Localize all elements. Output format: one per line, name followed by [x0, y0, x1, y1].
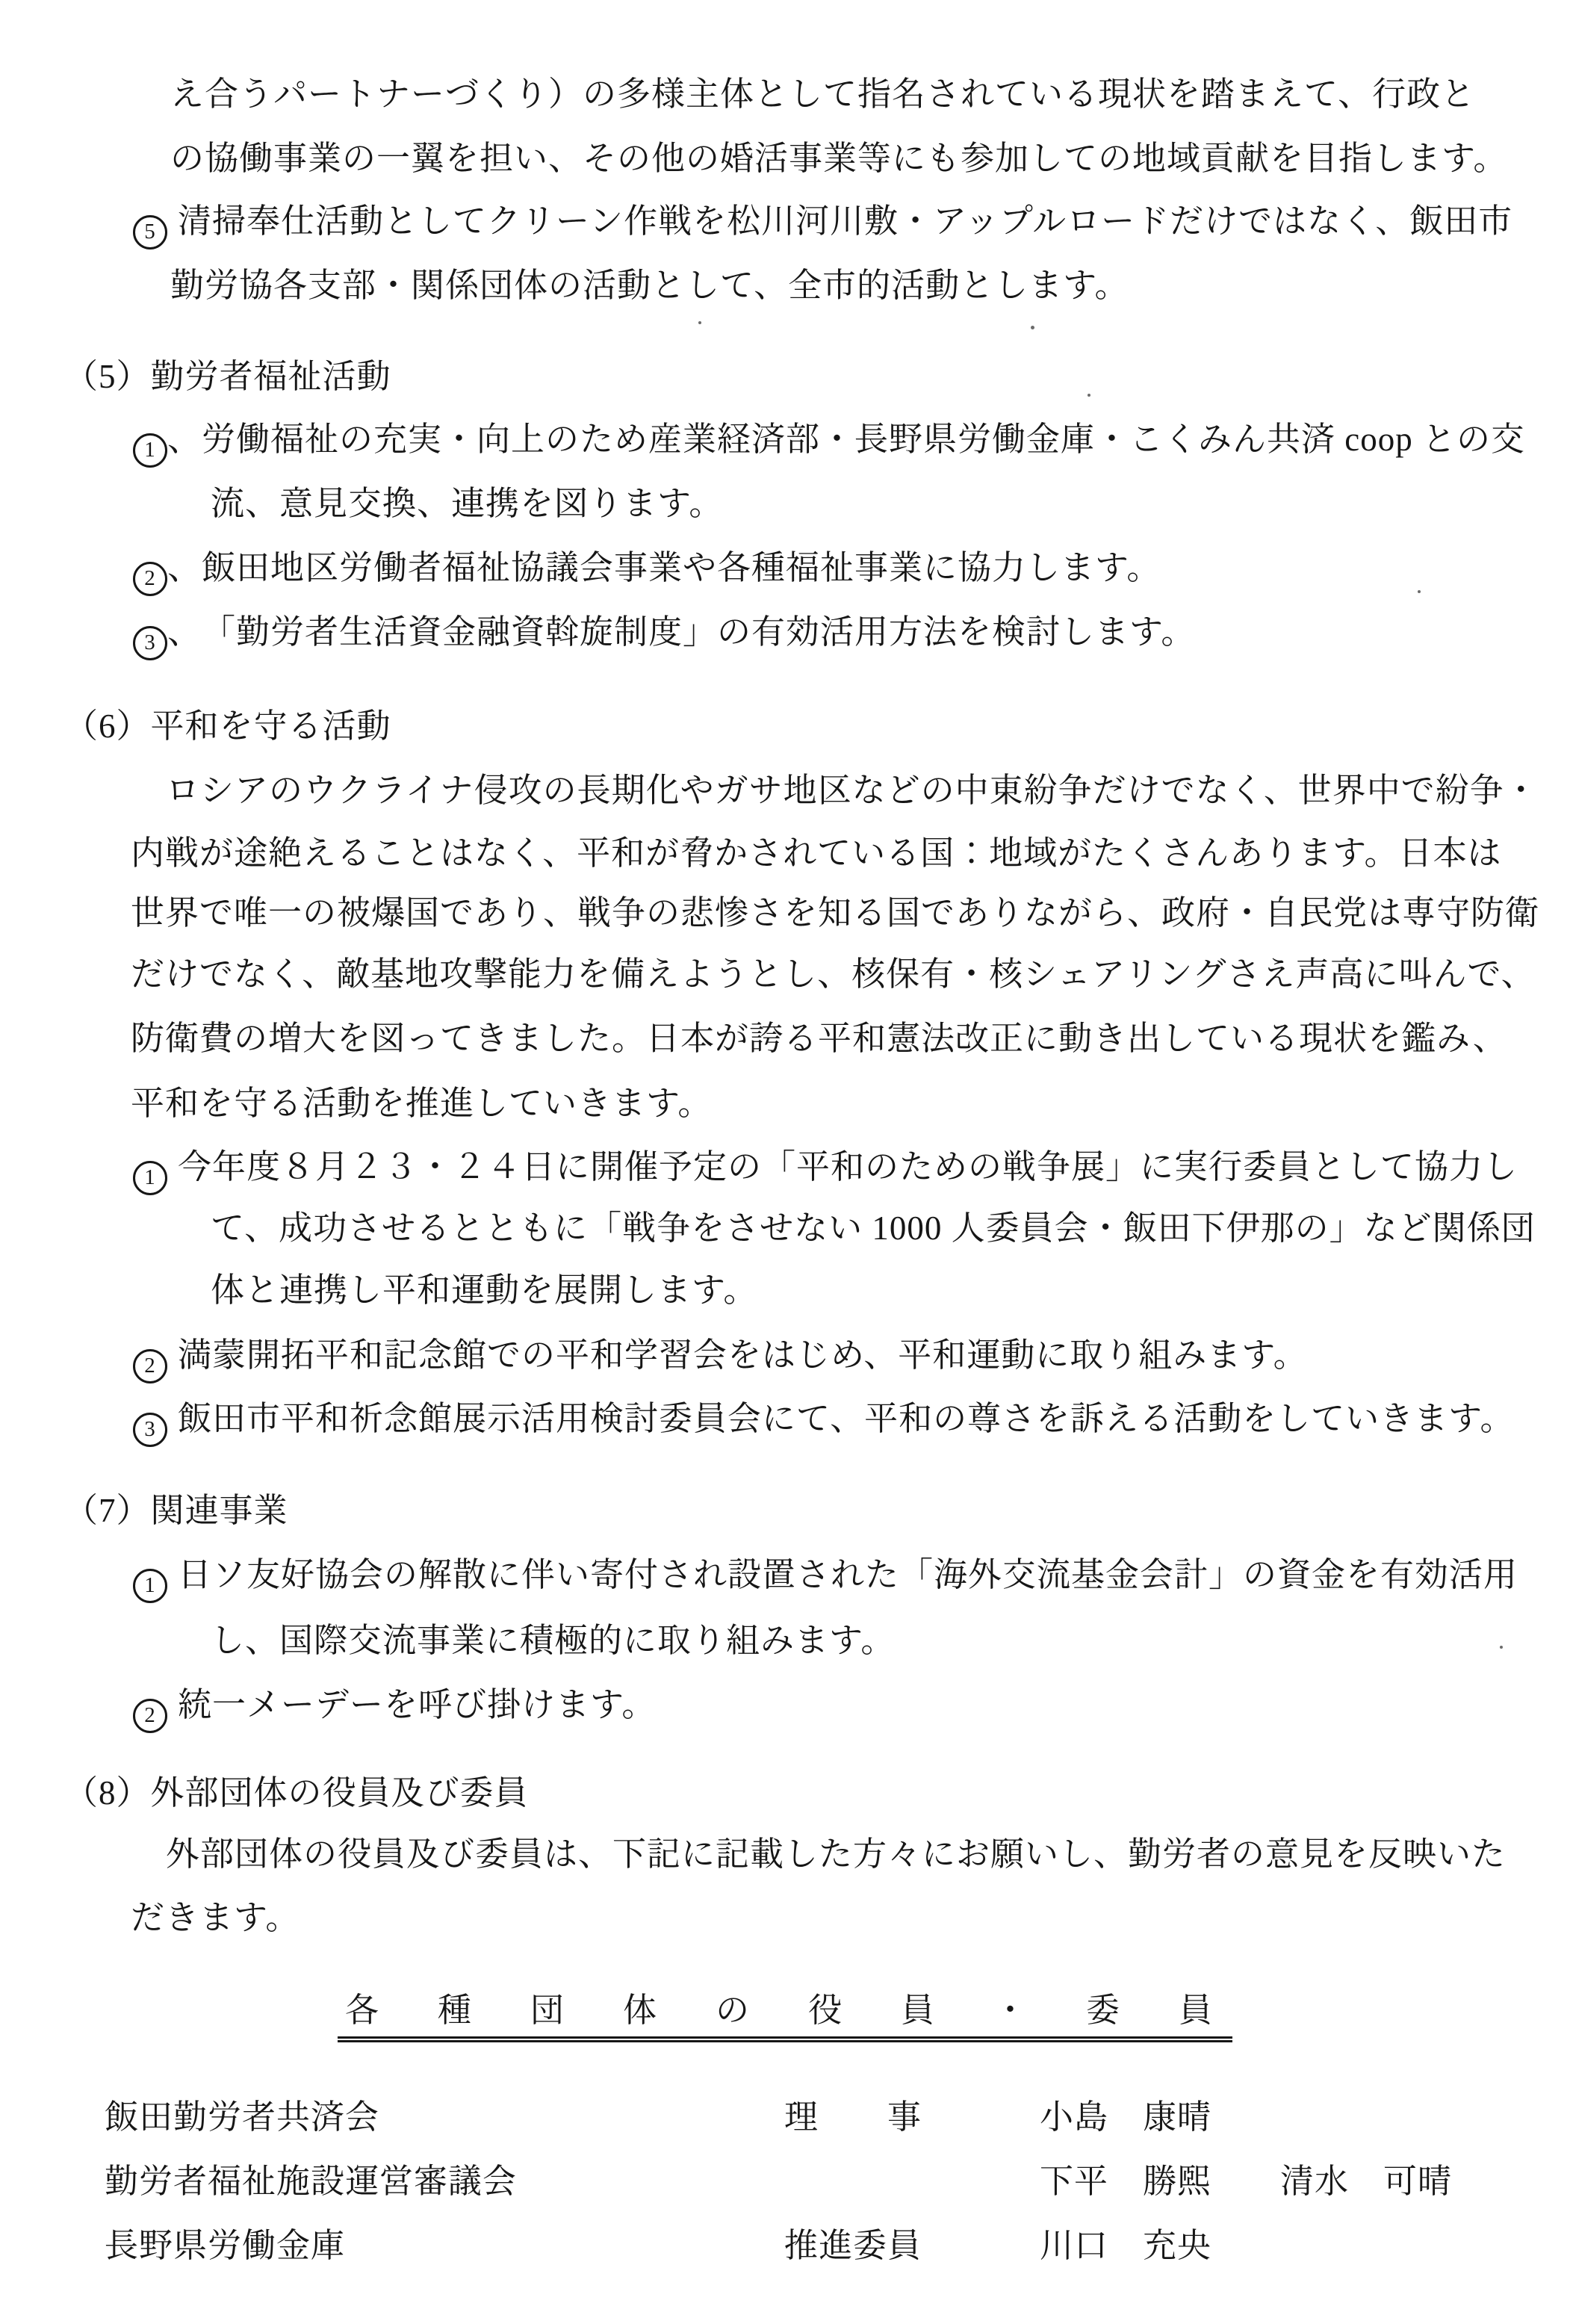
paragraph-line: 世界で唯一の被爆国であり、戦争の悲惨さを知る国でありながら、政府・自民党は専守防…	[131, 892, 1539, 934]
list-item: 1、労働福祉の充実・向上のため産業経済部・長野県労働金庫・こくみん共済 coop…	[133, 418, 1525, 468]
list-item: 2満蒙開拓平和記念館での平和学習会をはじめ、平和運動に取り組みます。	[133, 1334, 1308, 1383]
circled-number-icon: 2	[133, 562, 167, 596]
paragraph-line: 防衛費の増大を図ってきました。日本が誇る平和憲法改正に動き出している現状を鑑み、	[131, 1017, 1507, 1059]
list-item: 3、「勤労者生活資金融資斡旋制度」の有効活用方法を検討します。	[133, 611, 1195, 660]
item-continuation: て、成功させるとともに「戦争をさせない 1000 人委員会・飯田下伊那の」など関…	[211, 1207, 1536, 1249]
item-text: 飯田地区労働者福祉協議会事業や各種福祉事業に協力します。	[202, 549, 1161, 586]
marker-separator: 、	[167, 418, 202, 460]
paragraph-line: 内戦が途絶えることはなく、平和が脅かされている国：地域がたくさんあります。日本は	[131, 832, 1502, 874]
circled-number-icon: 3	[133, 626, 167, 660]
list-item: 2統一メーデーを呼び掛けます。	[133, 1684, 656, 1733]
item-text: 日ソ友好協会の解散に伴い寄付され設置された「海外交流基金会計」の資金を有効活用	[178, 1556, 1518, 1593]
item-continuation: 勤労協各支部・関係団体の活動として、全市的活動とします。	[170, 264, 1129, 306]
item-text: 「勤労者生活資金融資斡旋制度」の有効活用方法を検討します。	[202, 613, 1195, 651]
marker-separator: 、	[167, 547, 202, 589]
item-continuation: 流、意見交換、連携を図ります。	[211, 483, 723, 524]
item-text: 今年度８月２３・２４日に開催予定の「平和のための戦争展」に実行委員として協力し	[178, 1148, 1518, 1186]
section-title: （6）平和を守る活動	[64, 705, 391, 747]
paragraph-line: 外部団体の役員及び委員は、下記に記載した方々にお願いし、勤労者の意見を反映いた	[166, 1833, 1506, 1875]
roster-names: 小島 康晴	[1040, 2096, 1211, 2138]
section-title: （5）勤労者福祉活動	[64, 356, 391, 397]
scan-speck	[698, 321, 701, 324]
item-text: 満蒙開拓平和記念館での平和学習会をはじめ、平和運動に取り組みます。	[178, 1336, 1308, 1374]
scan-speck	[1087, 394, 1090, 397]
circled-number-icon: 3	[133, 1413, 167, 1447]
paragraph-line: え合うパートナーづくり）の多様主体として指名されている現状を踏まえて、行政と	[170, 73, 1475, 115]
list-item: 2、飯田地区労働者福祉協議会事業や各種福祉事業に協力します。	[133, 547, 1161, 596]
list-item: 3飯田市平和祈念館展示活用検討委員会にて、平和の尊さを訴える活動をしていきます。	[133, 1398, 1515, 1447]
item-continuation: 体と連携し平和運動を展開します。	[211, 1269, 757, 1311]
item-text: 統一メーデーを呼び掛けます。	[178, 1686, 656, 1723]
circled-number-icon: 2	[133, 1699, 167, 1733]
circled-number-icon: 2	[133, 1349, 167, 1383]
roster-org: 長野県労働金庫	[105, 2225, 345, 2266]
list-item: 1今年度８月２３・２４日に開催予定の「平和のための戦争展」に実行委員として協力し	[133, 1146, 1518, 1195]
item-text: 飯田市平和祈念館展示活用検討委員会にて、平和の尊さを訴える活動をしていきます。	[178, 1400, 1515, 1437]
section-title: （8）外部団体の役員及び委員	[64, 1772, 529, 1814]
scan-speck	[1418, 590, 1421, 593]
scan-speck	[1500, 1646, 1503, 1649]
item-continuation: し、国際交流事業に積極的に取り組みます。	[211, 1620, 895, 1661]
roster-org: 勤労者福祉施設運営審議会	[105, 2160, 517, 2202]
roster-names: 川口 充央	[1040, 2225, 1211, 2266]
list-item: 5清掃奉仕活動としてクリーン作戦を松川河川敷・アップルロードだけではなく、飯田市	[133, 200, 1512, 250]
roster-names: 下平 勝煕 清水 可晴	[1040, 2160, 1452, 2202]
list-item: 1日ソ友好協会の解散に伴い寄付され設置された「海外交流基金会計」の資金を有効活用	[133, 1554, 1518, 1603]
paragraph-line: 平和を守る活動を推進していきます。	[131, 1082, 712, 1124]
roster-role: 推進委員	[784, 2225, 922, 2266]
circled-number-icon: 1	[133, 433, 167, 468]
marker-separator: 、	[167, 611, 202, 653]
item-text: 労働福祉の充実・向上のため産業経済部・長野県労働金庫・こくみん共済 coop と…	[202, 421, 1525, 458]
scan-speck	[1031, 326, 1034, 329]
roster-org: 飯田勤労者共済会	[105, 2096, 379, 2138]
paragraph-line: だけでなく、敵基地攻撃能力を備えようとし、核保有・核シェアリングさえ声高に叫んで…	[131, 953, 1536, 995]
paragraph-line: の協働事業の一翼を担い、その他の婚活事業等にも参加しての地域貢献を目指します。	[170, 137, 1507, 179]
circled-number-icon: 5	[133, 215, 167, 250]
document-page: え合うパートナーづくり）の多様主体として指名されている現状を踏まえて、行政と の…	[0, 0, 1570, 2324]
item-text: 清掃奉仕活動としてクリーン作戦を松川河川敷・アップルロードだけではなく、飯田市	[178, 202, 1512, 240]
roster-heading: 各 種 団 体 の 役 員 ・ 委 員	[338, 1992, 1232, 2042]
circled-number-icon: 1	[133, 1161, 167, 1195]
section-title: （7）関連事業	[64, 1490, 288, 1531]
paragraph-line: ロシアのウクライナ侵攻の長期化やガサ地区などの中東紛争だけでなく、世界中で紛争・	[166, 769, 1539, 811]
paragraph-line: だきます。	[131, 1897, 300, 1939]
roster-role: 理 事	[784, 2096, 922, 2138]
circled-number-icon: 1	[133, 1569, 167, 1603]
